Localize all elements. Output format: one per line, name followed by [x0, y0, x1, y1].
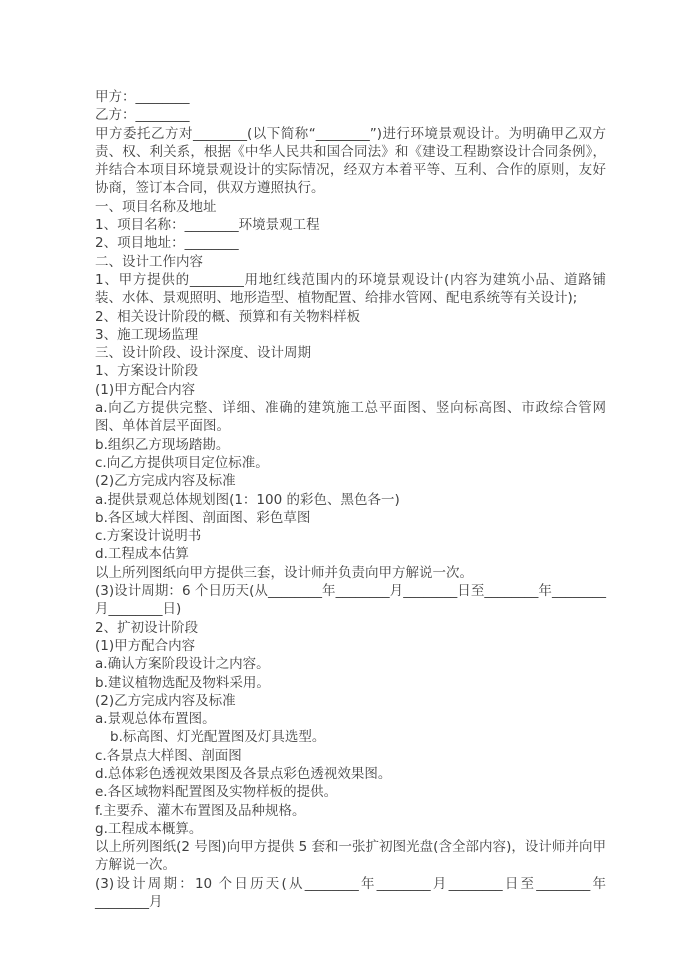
paragraph: e.各区域物料配置图及实物样板的提供。 — [95, 783, 606, 801]
document-body: 甲方：________乙方：________甲方委托乙方对________(以下… — [95, 88, 606, 911]
paragraph: a.景观总体布置图。 — [95, 710, 606, 728]
contract-document-page: 甲方：________乙方：________甲方委托乙方对________(以下… — [0, 0, 690, 976]
paragraph: 1、甲方提供的________用地红线范围内的环境景观设计(内容为建筑小品、道路… — [95, 271, 606, 308]
paragraph: 二、设计工作内容 — [95, 253, 606, 271]
paragraph: a.向乙方提供完整、详细、准确的建筑施工总平面图、竖向标高图、市政综合管网图、单… — [95, 399, 606, 436]
paragraph: (3)设计周期：10 个日历天(从________年________月_____… — [95, 875, 606, 912]
paragraph: a.确认方案阶段设计之内容。 — [95, 655, 606, 673]
paragraph: 2、扩初设计阶段 — [95, 619, 606, 637]
paragraph: 3、施工现场监理 — [95, 326, 606, 344]
paragraph: 以上所列图纸向甲方提供三套，设计师并负责向甲方解说一次。 — [95, 564, 606, 582]
paragraph: b.组织乙方现场踏勘。 — [95, 436, 606, 454]
paragraph: 乙方：________ — [95, 106, 606, 124]
paragraph: c.各景点大样图、剖面图 — [95, 747, 606, 765]
paragraph: g.工程成本概算。 — [95, 820, 606, 838]
paragraph: 1、方案设计阶段 — [95, 362, 606, 380]
paragraph: 2、相关设计阶段的概、预算和有关物料样板 — [95, 308, 606, 326]
paragraph: 一、项目名称及地址 — [95, 198, 606, 216]
paragraph: 2、项目地址：________ — [95, 234, 606, 252]
paragraph: (3)设计周期：6 个日历天(从________年________月______… — [95, 582, 606, 619]
paragraph: 甲方委托乙方对________(以下简称“________”)进行环境景观设计。… — [95, 125, 606, 198]
paragraph: a.提供景观总体规划图(1：100 的彩色、黑色各一) — [95, 491, 606, 509]
paragraph: b.各区域大样图、剖面图、彩色草图 — [95, 509, 606, 527]
paragraph: d.工程成本估算 — [95, 545, 606, 563]
paragraph: 以上所列图纸(2 号图)向甲方提供 5 套和一张扩初图光盘(含全部内容)，设计师… — [95, 838, 606, 875]
paragraph: (2)乙方完成内容及标准 — [95, 472, 606, 490]
paragraph: d.总体彩色透视效果图及各景点彩色透视效果图。 — [95, 765, 606, 783]
paragraph: 甲方：________ — [95, 88, 606, 106]
paragraph: b.标高图、灯光配置图及灯具选型。 — [95, 728, 606, 746]
paragraph: b.建议植物选配及物料采用。 — [95, 674, 606, 692]
paragraph: 1、项目名称：________环境景观工程 — [95, 216, 606, 234]
paragraph: 三、设计阶段、设计深度、设计周期 — [95, 344, 606, 362]
paragraph: (1)甲方配合内容 — [95, 637, 606, 655]
paragraph: (1)甲方配合内容 — [95, 381, 606, 399]
paragraph: (2)乙方完成内容及标准 — [95, 692, 606, 710]
paragraph: c.方案设计说明书 — [95, 527, 606, 545]
paragraph: f.主要乔、灌木布置图及品种规格。 — [95, 802, 606, 820]
paragraph: c.向乙方提供项目定位标准。 — [95, 454, 606, 472]
